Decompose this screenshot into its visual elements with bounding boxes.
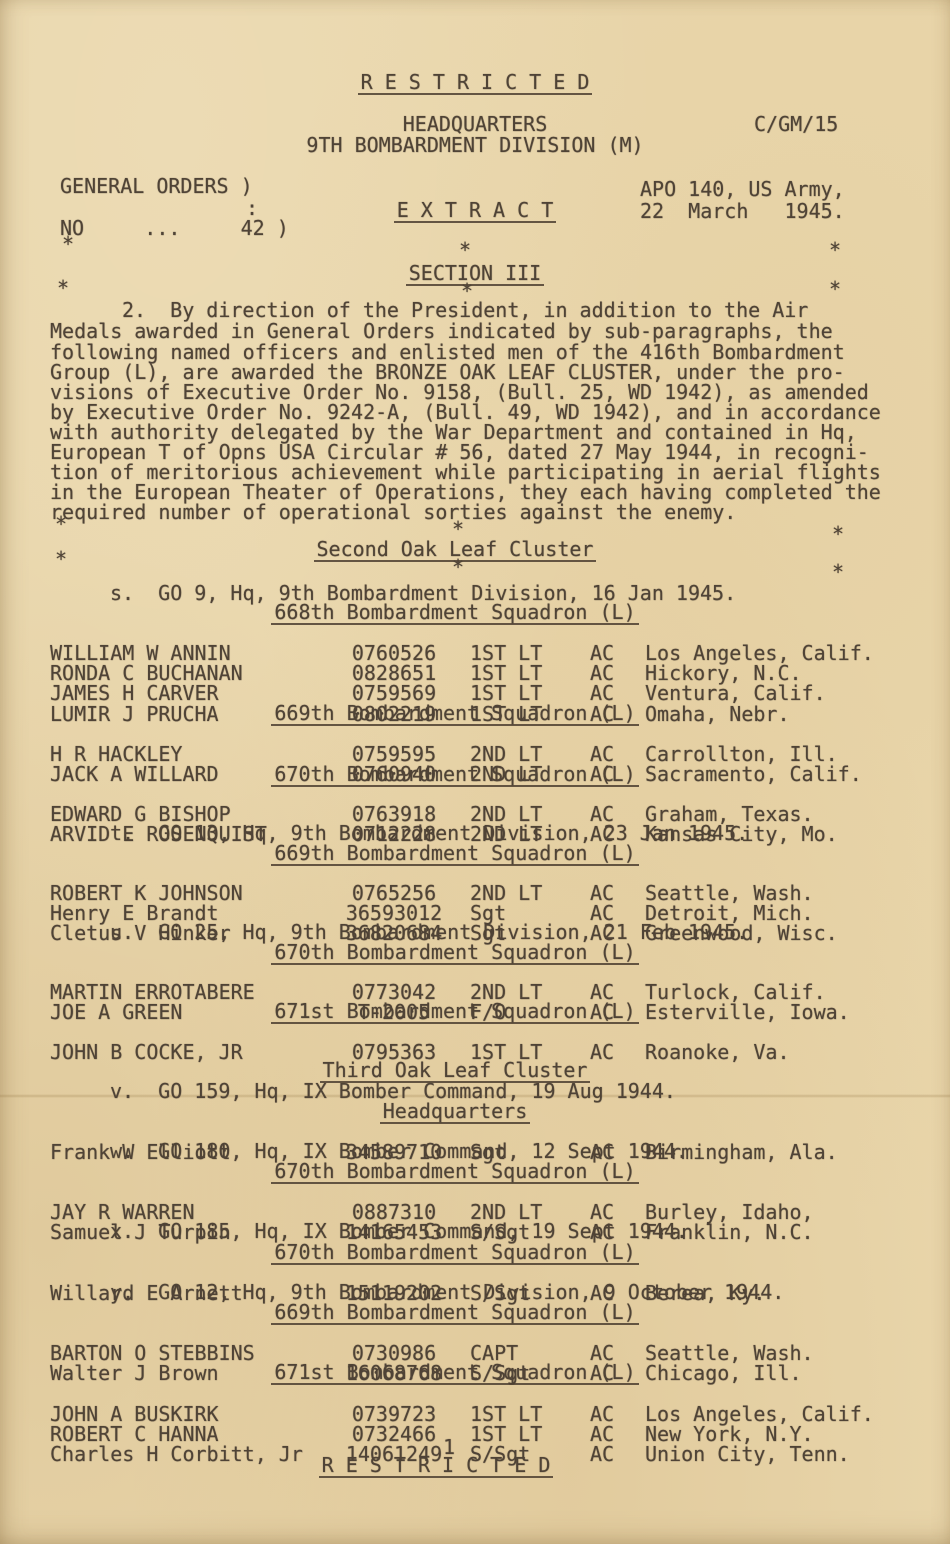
asterisk: *	[55, 514, 75, 535]
roster-row: WILLIAM W ANNIN07605261ST LTACLos Angele…	[0, 622, 48, 643]
go-citation-line: x. GO 185, Hq, IX Bomber Command, 19 Sep…	[110, 1221, 688, 1242]
squadron-heading-text: 670th Bombardment Squadron (L)	[271, 1161, 638, 1184]
doc-ref: C/GM/15	[754, 114, 838, 135]
roster-row: Charles H Corbitt, Jr14061249S/SgtACUnio…	[0, 1423, 48, 1444]
paragraph-line: Medals awarded in General Orders indicat…	[50, 321, 833, 342]
asterisk: *	[832, 562, 852, 583]
squadron-heading-text: 669th Bombardment Squadron (L)	[271, 843, 638, 866]
roster-row: Samuel J Turpin14165453S/SgtACFranklin, …	[0, 1201, 48, 1222]
roster-row: JOE A GREENT-2005F/OACEsterville, Iowa.	[0, 981, 48, 1002]
squadron-heading-text: 671st Bombardment Squadron (L)	[271, 1362, 638, 1385]
squadron-heading: 669th Bombardment Squadron (L)	[0, 843, 910, 864]
squadron-heading-text: 669th Bombardment Squadron (L)	[271, 703, 638, 726]
extract-heading-text: E X T R A C T	[394, 200, 557, 223]
roster-row: ROBERT C HANNA07324661ST LTACNew York, N…	[0, 1403, 48, 1424]
squadron-heading-text: 670th Bombardment Squadron (L)	[271, 764, 638, 787]
squadron-heading: 670th Bombardment Squadron (L)	[0, 764, 910, 785]
roster-row: Cletus V Hinker36820684SgtACGreenwood, W…	[0, 902, 48, 923]
squadron-heading: 668th Bombardment Squadron (L)	[0, 602, 910, 623]
roster-row: JACK A WILLARD07609402ND LTACSacramento,…	[0, 743, 48, 764]
person-name: JAMES H CARVER	[50, 683, 219, 704]
roster-row: MARTIN ERROTABERE07730422ND LTACTurlock,…	[0, 961, 48, 982]
roster-row: Willard E Arnett15119202S/SgtACBerea, Ky…	[0, 1262, 48, 1283]
squadron-heading-text: 670th Bombardment Squadron (L)	[271, 942, 638, 965]
classification-bottom: R E S T R I C T E D	[0, 1455, 872, 1476]
asterisk: *	[829, 279, 849, 300]
hometown: Ventura, Calif.	[645, 683, 826, 704]
squadron-heading: 670th Bombardment Squadron (L)	[0, 1242, 910, 1263]
classification-bottom-text: R E S T R I C T E D	[319, 1455, 554, 1478]
roster-row: Frank W Elliott34589710SgtACBirmingham, …	[0, 1121, 48, 1142]
roster-row: H R HACKLEY07595952ND LTACCarrollton, Il…	[0, 723, 48, 744]
roster-row: Walter J Brown16068768S/SgtACChicago, Il…	[0, 1342, 48, 1363]
roster-row: LUMIR J PRUCHA08022191ST LTACOmaha, Nebr…	[0, 683, 48, 704]
roster-row: JAY R WARREN08873102ND LTACBurley, Idaho…	[0, 1181, 48, 1202]
asterisk: *	[452, 557, 472, 578]
asterisk: *	[459, 240, 479, 261]
asterisk: *	[829, 240, 849, 261]
paragraph-line: required number of operational sorties a…	[50, 502, 736, 523]
roster-row: JAMES H CARVER07595691ST LTACVentura, Ca…	[0, 662, 48, 683]
roster-row: ROBERT K JOHNSON07652562ND LTACSeattle, …	[0, 862, 48, 883]
asterisk: *	[57, 278, 77, 299]
asterisk: *	[62, 234, 82, 255]
classification-top-text: R E S T R I C T E D	[358, 72, 593, 95]
squadron-heading-text: 670th Bombardment Squadron (L)	[271, 1242, 638, 1265]
roster-row: ARVID E ROSENQUIST07122282ND LTACKansas …	[0, 803, 48, 824]
classification-top: R E S T R I C T E D	[0, 72, 950, 93]
roster-row: Henry E Brandt36593012SgtACDetroit, Mich…	[0, 882, 48, 903]
date-line: 22 March 1945.	[640, 201, 845, 222]
squadron-heading: 669th Bombardment Squadron (L)	[0, 703, 910, 724]
squadron-heading: 669th Bombardment Squadron (L)	[0, 1302, 910, 1323]
document-page: R E S T R I C T E D HEADQUARTERS C/GM/15…	[0, 0, 950, 1544]
apo-line: APO 140, US Army,	[640, 179, 845, 200]
cluster-title: Third Oak Leaf Cluster	[0, 1060, 910, 1081]
roster-row: JOHN B COCKE, JR07953631ST LTACRoanoke, …	[0, 1021, 48, 1042]
squadron-heading-text: 671st Bombardment Squadron (L)	[271, 1001, 638, 1024]
roster-row: EDWARD G BISHOP07639182ND LTACGraham, Te…	[0, 783, 48, 804]
paragraph-line: 2. By direction of the President, in add…	[50, 300, 808, 321]
squadron-heading-text: 669th Bombardment Squadron (L)	[271, 1302, 638, 1325]
squadron-heading: 671st Bombardment Squadron (L)	[0, 1362, 910, 1383]
org-line-2: 9TH BOMBARDMENT DIVISION (M)	[10, 135, 940, 156]
squadron-heading-text: Headquarters	[380, 1101, 531, 1124]
orders-label: GENERAL ORDERS )	[60, 176, 253, 197]
roster-row: RONDA C BUCHANAN08286511ST LTACHickory, …	[0, 642, 48, 663]
roster-row: JOHN A BUSKIRK07397231ST LTACLos Angeles…	[0, 1383, 48, 1404]
squadron-heading: 670th Bombardment Squadron (L)	[0, 1161, 910, 1182]
squadron-heading: 671st Bombardment Squadron (L)	[0, 1001, 910, 1022]
roster-row: BARTON O STEBBINS0730986CAPTACSeattle, W…	[0, 1322, 48, 1343]
squadron-heading: 670th Bombardment Squadron (L)	[0, 942, 910, 963]
orders-number: NO ... 42 )	[60, 218, 289, 239]
squadron-heading: Headquarters	[0, 1101, 910, 1122]
squadron-heading-text: 668th Bombardment Squadron (L)	[271, 602, 638, 625]
asterisk: *	[55, 549, 75, 570]
